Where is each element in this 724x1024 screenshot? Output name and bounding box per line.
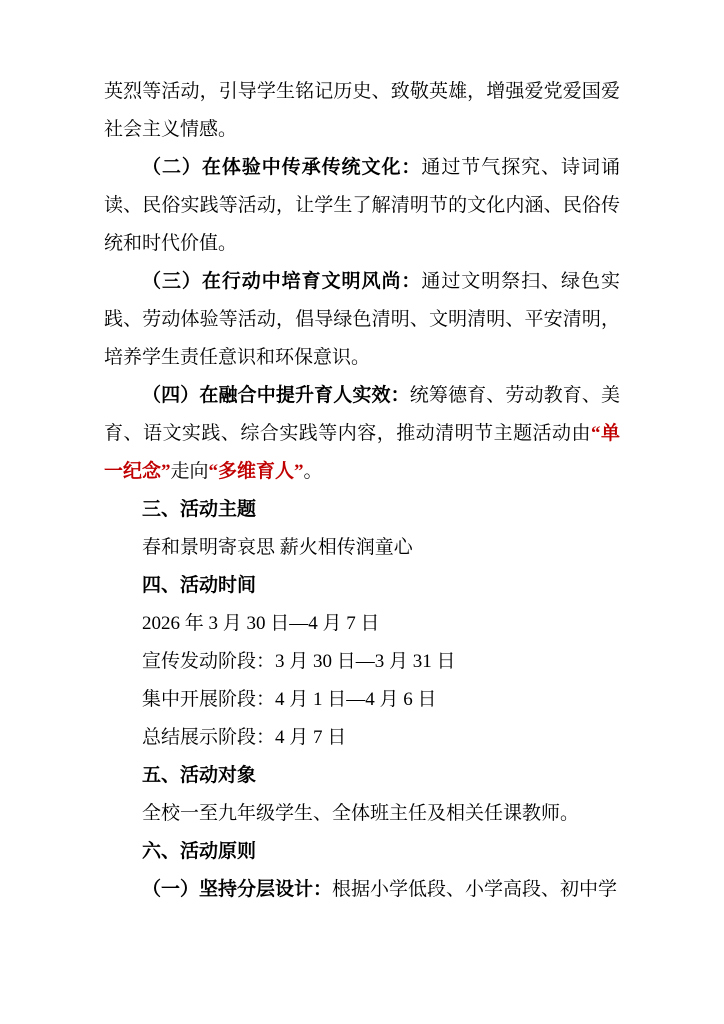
text-run-bold: 五、活动对象 — [142, 765, 256, 786]
text-run-normal: 全校一至九年级学生、全体班主任及相关任课教师。 — [142, 803, 579, 824]
text-run-bold: （二）在体验中传承传统文化： — [142, 157, 421, 178]
text-run-normal: 英烈等活动，引导学生铭记历史、致敬英雄，增强爱党爱国爱社会主义情感。 — [104, 81, 620, 140]
section-heading: 四、活动时间 — [104, 567, 620, 605]
paragraph: 宣传发动阶段：3 月 30 日—3 月 31 日 — [104, 643, 620, 681]
text-run-normal: 宣传发动阶段：3 月 30 日—3 月 31 日 — [142, 651, 456, 672]
paragraph: 全校一至九年级学生、全体班主任及相关任课教师。 — [104, 795, 620, 833]
text-run-bold: （四）在融合中提升育人实效： — [142, 385, 410, 406]
paragraph: 英烈等活动，引导学生铭记历史、致敬英雄，增强爱党爱国爱社会主义情感。 — [104, 73, 620, 149]
paragraph: （三）在行动中培育文明风尚：通过文明祭扫、绿色实践、劳动体验等活动，倡导绿色清明… — [104, 263, 620, 377]
paragraph: 2026 年 3 月 30 日—4 月 7 日 — [104, 605, 620, 643]
paragraph: （四）在融合中提升育人实效：统筹德育、劳动教育、美育、语文实践、综合实践等内容，… — [104, 377, 620, 491]
text-run-bold: 六、活动原则 — [142, 841, 256, 862]
text-run-red-bold: “多维育人” — [209, 461, 304, 482]
text-run-bold: 四、活动时间 — [142, 575, 256, 596]
document-page: 英烈等活动，引导学生铭记历史、致敬英雄，增强爱党爱国爱社会主义情感。（二）在体验… — [0, 0, 724, 1024]
text-run-bold: （三）在行动中培育文明风尚： — [142, 271, 421, 292]
text-run-theme: 春和景明寄哀思 薪火相传润童心 — [142, 537, 413, 558]
paragraph: 总结展示阶段：4 月 7 日 — [104, 719, 620, 757]
paragraph: 春和景明寄哀思 薪火相传润童心 — [104, 529, 620, 567]
section-heading: 六、活动原则 — [104, 833, 620, 871]
paragraph: 集中开展阶段：4 月 1 日—4 月 6 日 — [104, 681, 620, 719]
text-run-normal: 走向 — [171, 461, 209, 482]
text-run-normal: 。 — [304, 461, 323, 482]
section-heading: 三、活动主题 — [104, 491, 620, 529]
text-run-bold: 三、活动主题 — [142, 499, 256, 520]
section-heading: 五、活动对象 — [104, 757, 620, 795]
paragraph: （一）坚持分层设计：根据小学低段、小学高段、初中学 — [104, 871, 620, 909]
paragraph: （二）在体验中传承传统文化：通过节气探究、诗词诵读、民俗实践等活动，让学生了解清… — [104, 149, 620, 263]
text-run-bold: （一）坚持分层设计： — [142, 879, 332, 900]
text-run-normal: 根据小学低段、小学高段、初中学 — [332, 879, 617, 900]
text-run-normal: 集中开展阶段：4 月 1 日—4 月 6 日 — [142, 689, 437, 710]
text-run-normal: 总结展示阶段：4 月 7 日 — [142, 727, 346, 748]
document-body: 英烈等活动，引导学生铭记历史、致敬英雄，增强爱党爱国爱社会主义情感。（二）在体验… — [104, 73, 620, 909]
text-run-normal: 2026 年 3 月 30 日—4 月 7 日 — [142, 613, 380, 634]
